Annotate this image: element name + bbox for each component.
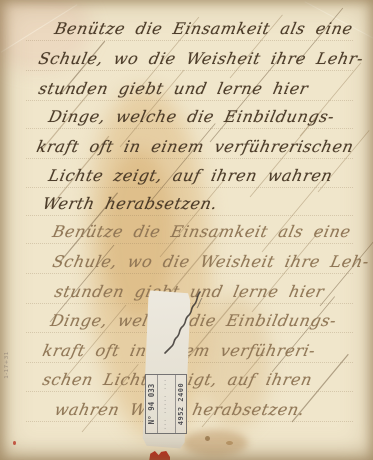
- manuscript-photo: Benütze die Einsamkeit als eine Schule, …: [0, 0, 373, 460]
- manuscript-line: Benütze die Einsamkeit als eine: [50, 219, 353, 245]
- ink-speck: [205, 436, 210, 441]
- collection-stamp: N° 94 033 ··· ····· ··· 4952 2400: [145, 374, 187, 434]
- stamp-number-line: N° 94 033: [146, 375, 158, 433]
- red-dot: [13, 441, 16, 445]
- manuscript-line: kraft oft in einem verführerischen: [34, 134, 356, 160]
- manuscript-line: Schule, wo die Weisheit ihre Leh-: [50, 249, 372, 275]
- pencil-margin-mark: 1-17+31: [4, 351, 10, 379]
- manuscript-line: stunden giebt und lerne hier: [36, 76, 311, 102]
- manuscript-line: Benütze die Einsamkeit als eine: [52, 16, 355, 42]
- manuscript-line: Schule, wo die Weisheit ihre Lehr-: [36, 46, 366, 72]
- ink-speck: [226, 441, 233, 445]
- stamp-inventory-number: 4952 2400: [175, 375, 186, 433]
- smudge-bottom: [182, 430, 248, 456]
- manuscript-line: Lichte zeigt, auf ihren wahren: [46, 163, 335, 189]
- red-collection-mark: [149, 451, 170, 460]
- handwritten-annotation: [150, 288, 210, 366]
- manuscript-line: Werth herabsetzen.: [40, 191, 220, 217]
- stamp-small-print: ··· ····· ···: [164, 375, 169, 433]
- manuscript-line: Dinge, welche die Einbildungs-: [46, 104, 337, 130]
